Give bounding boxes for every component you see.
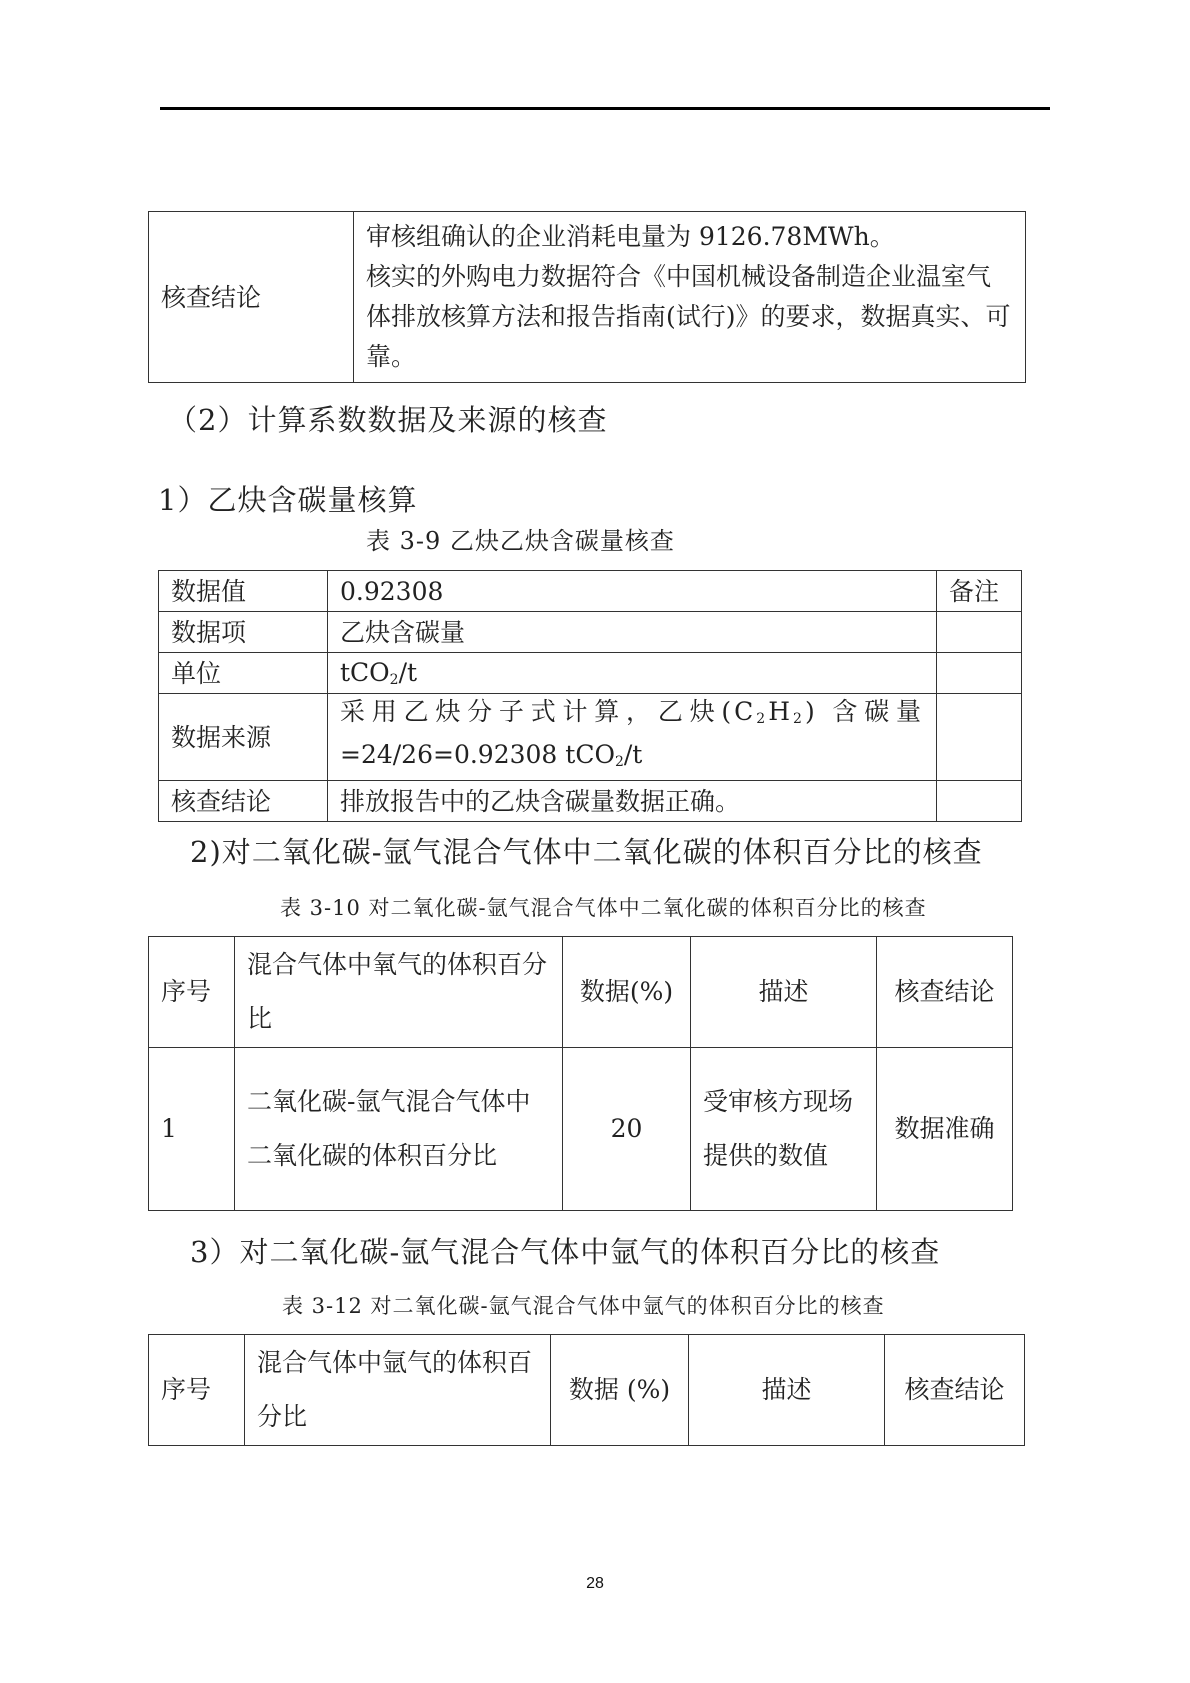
row-note: [937, 781, 1022, 822]
source-line-1b: H: [768, 697, 793, 726]
cell-index: 1: [149, 1048, 235, 1211]
conclusion-label: 核查结论: [149, 212, 354, 383]
header-cell: 描述: [691, 937, 877, 1048]
table-3-10: 序号 混合气体中氧气的体积百分比 数据(%) 描述 核查结论 1 二氧化碳-氩气…: [148, 936, 1013, 1211]
header-cell: 核查结论: [877, 937, 1013, 1048]
table-3-9-caption: 表 3-9 乙炔乙炔含碳量核查: [366, 521, 675, 556]
row-label: 数据项: [159, 612, 328, 653]
conclusion-line-1: 审核组确认的企业消耗电量为 9126.78MWh。: [366, 217, 1013, 257]
source-line-2: =24/26=0.92308 tCO2/t: [340, 737, 924, 780]
table-3-12-caption: 表 3-12 对二氧化碳-氩气混合气体中氩气的体积百分比的核查: [282, 1290, 885, 1320]
unit-suffix: /t: [399, 658, 417, 687]
source-line-1a: 采用乙炔分子式计算，乙炔(C: [340, 697, 756, 726]
cell-value: 20: [563, 1048, 691, 1211]
table-row: 核查结论 排放报告中的乙炔含碳量数据正确。: [159, 781, 1022, 822]
table-row: 数据来源 采用乙炔分子式计算，乙炔(C2H2) 含碳量=24/26=0.9230…: [159, 694, 1022, 781]
row-note: [937, 612, 1022, 653]
source-line-1c: ) 含碳量: [805, 697, 924, 726]
subscript: 2: [793, 711, 805, 727]
cell-conclusion: 数据准确: [877, 1048, 1013, 1211]
table-3-10-caption: 表 3-10 对二氧化碳-氩气混合气体中二氧化碳的体积百分比的核查: [280, 892, 927, 922]
header-cell: 描述: [689, 1335, 885, 1446]
row-label: 核查结论: [159, 781, 328, 822]
table-header-row: 序号 混合气体中氩气的体积百分比 数据 (%) 描述 核查结论: [149, 1335, 1025, 1446]
subscript: 2: [615, 754, 624, 770]
header-cell: 数据 (%): [551, 1335, 689, 1446]
row-value: 0.92308: [328, 571, 937, 612]
section-2-heading: （2）计算系数数据及来源的核查: [168, 398, 607, 439]
unit-subscript: 2: [390, 672, 399, 688]
table-header-row: 序号 混合气体中氧气的体积百分比 数据(%) 描述 核查结论: [149, 937, 1013, 1048]
row-value: 乙炔含碳量: [328, 612, 937, 653]
conclusion-content: 审核组确认的企业消耗电量为 9126.78MWh。 核实的外购电力数据符合《中国…: [354, 212, 1026, 383]
header-rule: [160, 107, 1050, 110]
cell-description: 受审核方现场提供的数值: [691, 1048, 877, 1211]
subsection-1-heading: 1）乙炔含碳量核算: [158, 478, 417, 519]
table-3-12: 序号 混合气体中氩气的体积百分比 数据 (%) 描述 核查结论: [148, 1334, 1025, 1446]
table-3-9: 数据值 0.92308 备注 数据项 乙炔含碳量 单位 tCO2/t 数据来源 …: [158, 570, 1022, 822]
unit-prefix: tCO: [340, 658, 390, 687]
row-note: [937, 653, 1022, 694]
conclusion-line-2: 核实的外购电力数据符合《中国机械设备制造企业温室气体排放核算方法和报告指南(试行…: [366, 257, 1013, 377]
table-row: 1 二氧化碳-氩气混合气体中二氧化碳的体积百分比 20 受审核方现场提供的数值 …: [149, 1048, 1013, 1211]
row-note: [937, 694, 1022, 781]
source-line-2a: =24/26=0.92308 tCO: [340, 740, 615, 769]
row-label: 数据来源: [159, 694, 328, 781]
row-value: tCO2/t: [328, 653, 937, 694]
page-number: 28: [0, 1575, 1190, 1593]
row-value: 采用乙炔分子式计算，乙炔(C2H2) 含碳量=24/26=0.92308 tCO…: [328, 694, 937, 781]
row-value: 排放报告中的乙炔含碳量数据正确。: [328, 781, 937, 822]
header-cell: 混合气体中氩气的体积百分比: [245, 1335, 551, 1446]
header-cell: 核查结论: [885, 1335, 1025, 1446]
source-line-2b: /t: [624, 740, 642, 769]
header-cell: 混合气体中氧气的体积百分比: [235, 937, 563, 1048]
row-note: 备注: [937, 571, 1022, 612]
table-row: 数据值 0.92308 备注: [159, 571, 1022, 612]
conclusion-table: 核查结论 审核组确认的企业消耗电量为 9126.78MWh。 核实的外购电力数据…: [148, 211, 1026, 383]
table-row: 数据项 乙炔含碳量: [159, 612, 1022, 653]
table-row: 单位 tCO2/t: [159, 653, 1022, 694]
subsection-3-heading: 3）对二氧化碳-氩气混合气体中氩气的体积百分比的核查: [190, 1230, 940, 1271]
subscript: 2: [756, 711, 768, 727]
subsection-2-heading: 2)对二氧化碳-氩气混合气体中二氧化碳的体积百分比的核查: [190, 830, 983, 871]
row-label: 数据值: [159, 571, 328, 612]
header-cell: 序号: [149, 937, 235, 1048]
header-cell: 数据(%): [563, 937, 691, 1048]
row-label: 单位: [159, 653, 328, 694]
header-cell: 序号: [149, 1335, 245, 1446]
cell-item: 二氧化碳-氩气混合气体中二氧化碳的体积百分比: [235, 1048, 563, 1211]
